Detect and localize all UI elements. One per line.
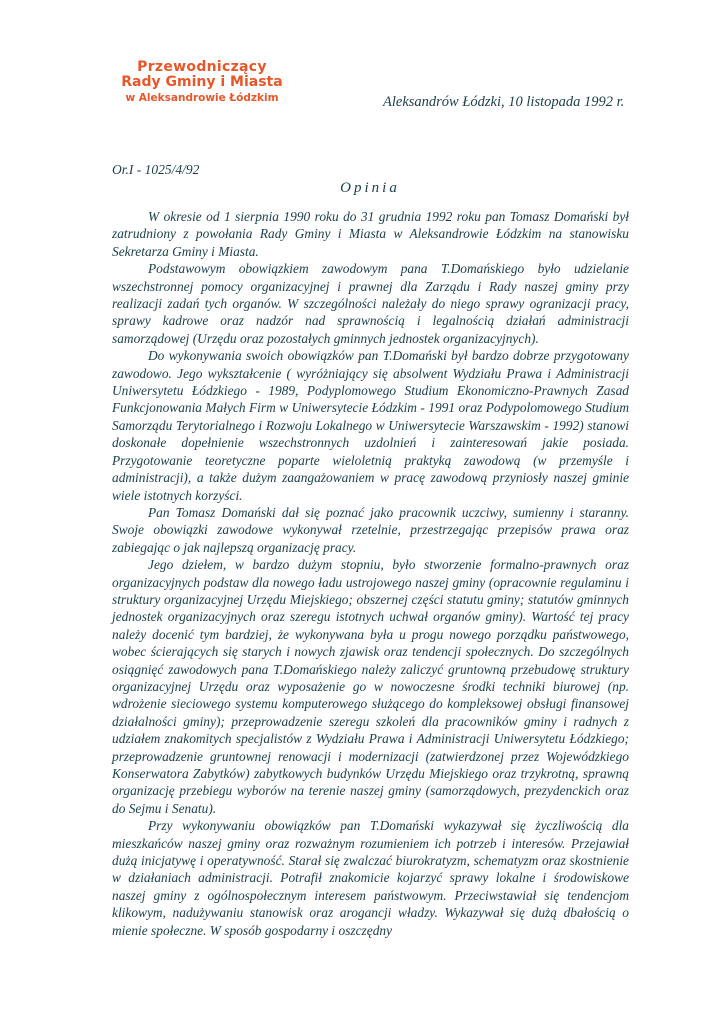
paragraph: W okresie od 1 sierpnia 1990 roku do 31 … xyxy=(112,208,629,260)
stamp-line-2: Rady Gminy i Miasta xyxy=(112,75,292,90)
document-title: Opinia xyxy=(0,180,710,197)
reference-number: Or.I - 1025/4/92 xyxy=(112,162,199,178)
paragraph: Jego dziełem, w bardzo dużym stopniu, by… xyxy=(112,556,629,817)
place-and-date: Aleksandrów Łódzki, 10 listopada 1992 r. xyxy=(383,94,624,111)
official-stamp: Przewodniczący Rady Gminy i Miasta w Ale… xyxy=(112,60,292,106)
paragraph: Przy wykonywaniu obowiązków pan T.Domańs… xyxy=(112,817,629,939)
stamp-line-1: Przewodniczący xyxy=(112,60,292,75)
paragraph: Do wykonywania swoich obowiązków pan T.D… xyxy=(112,347,629,504)
paragraph: Pan Tomasz Domański dał się poznać jako … xyxy=(112,504,629,556)
document-body: W okresie od 1 sierpnia 1990 roku do 31 … xyxy=(112,208,629,939)
stamp-line-3: w Aleksandrowie Łódzkim xyxy=(112,91,292,106)
paragraph: Podstawowym obowiązkiem zawodowym pana T… xyxy=(112,260,629,347)
